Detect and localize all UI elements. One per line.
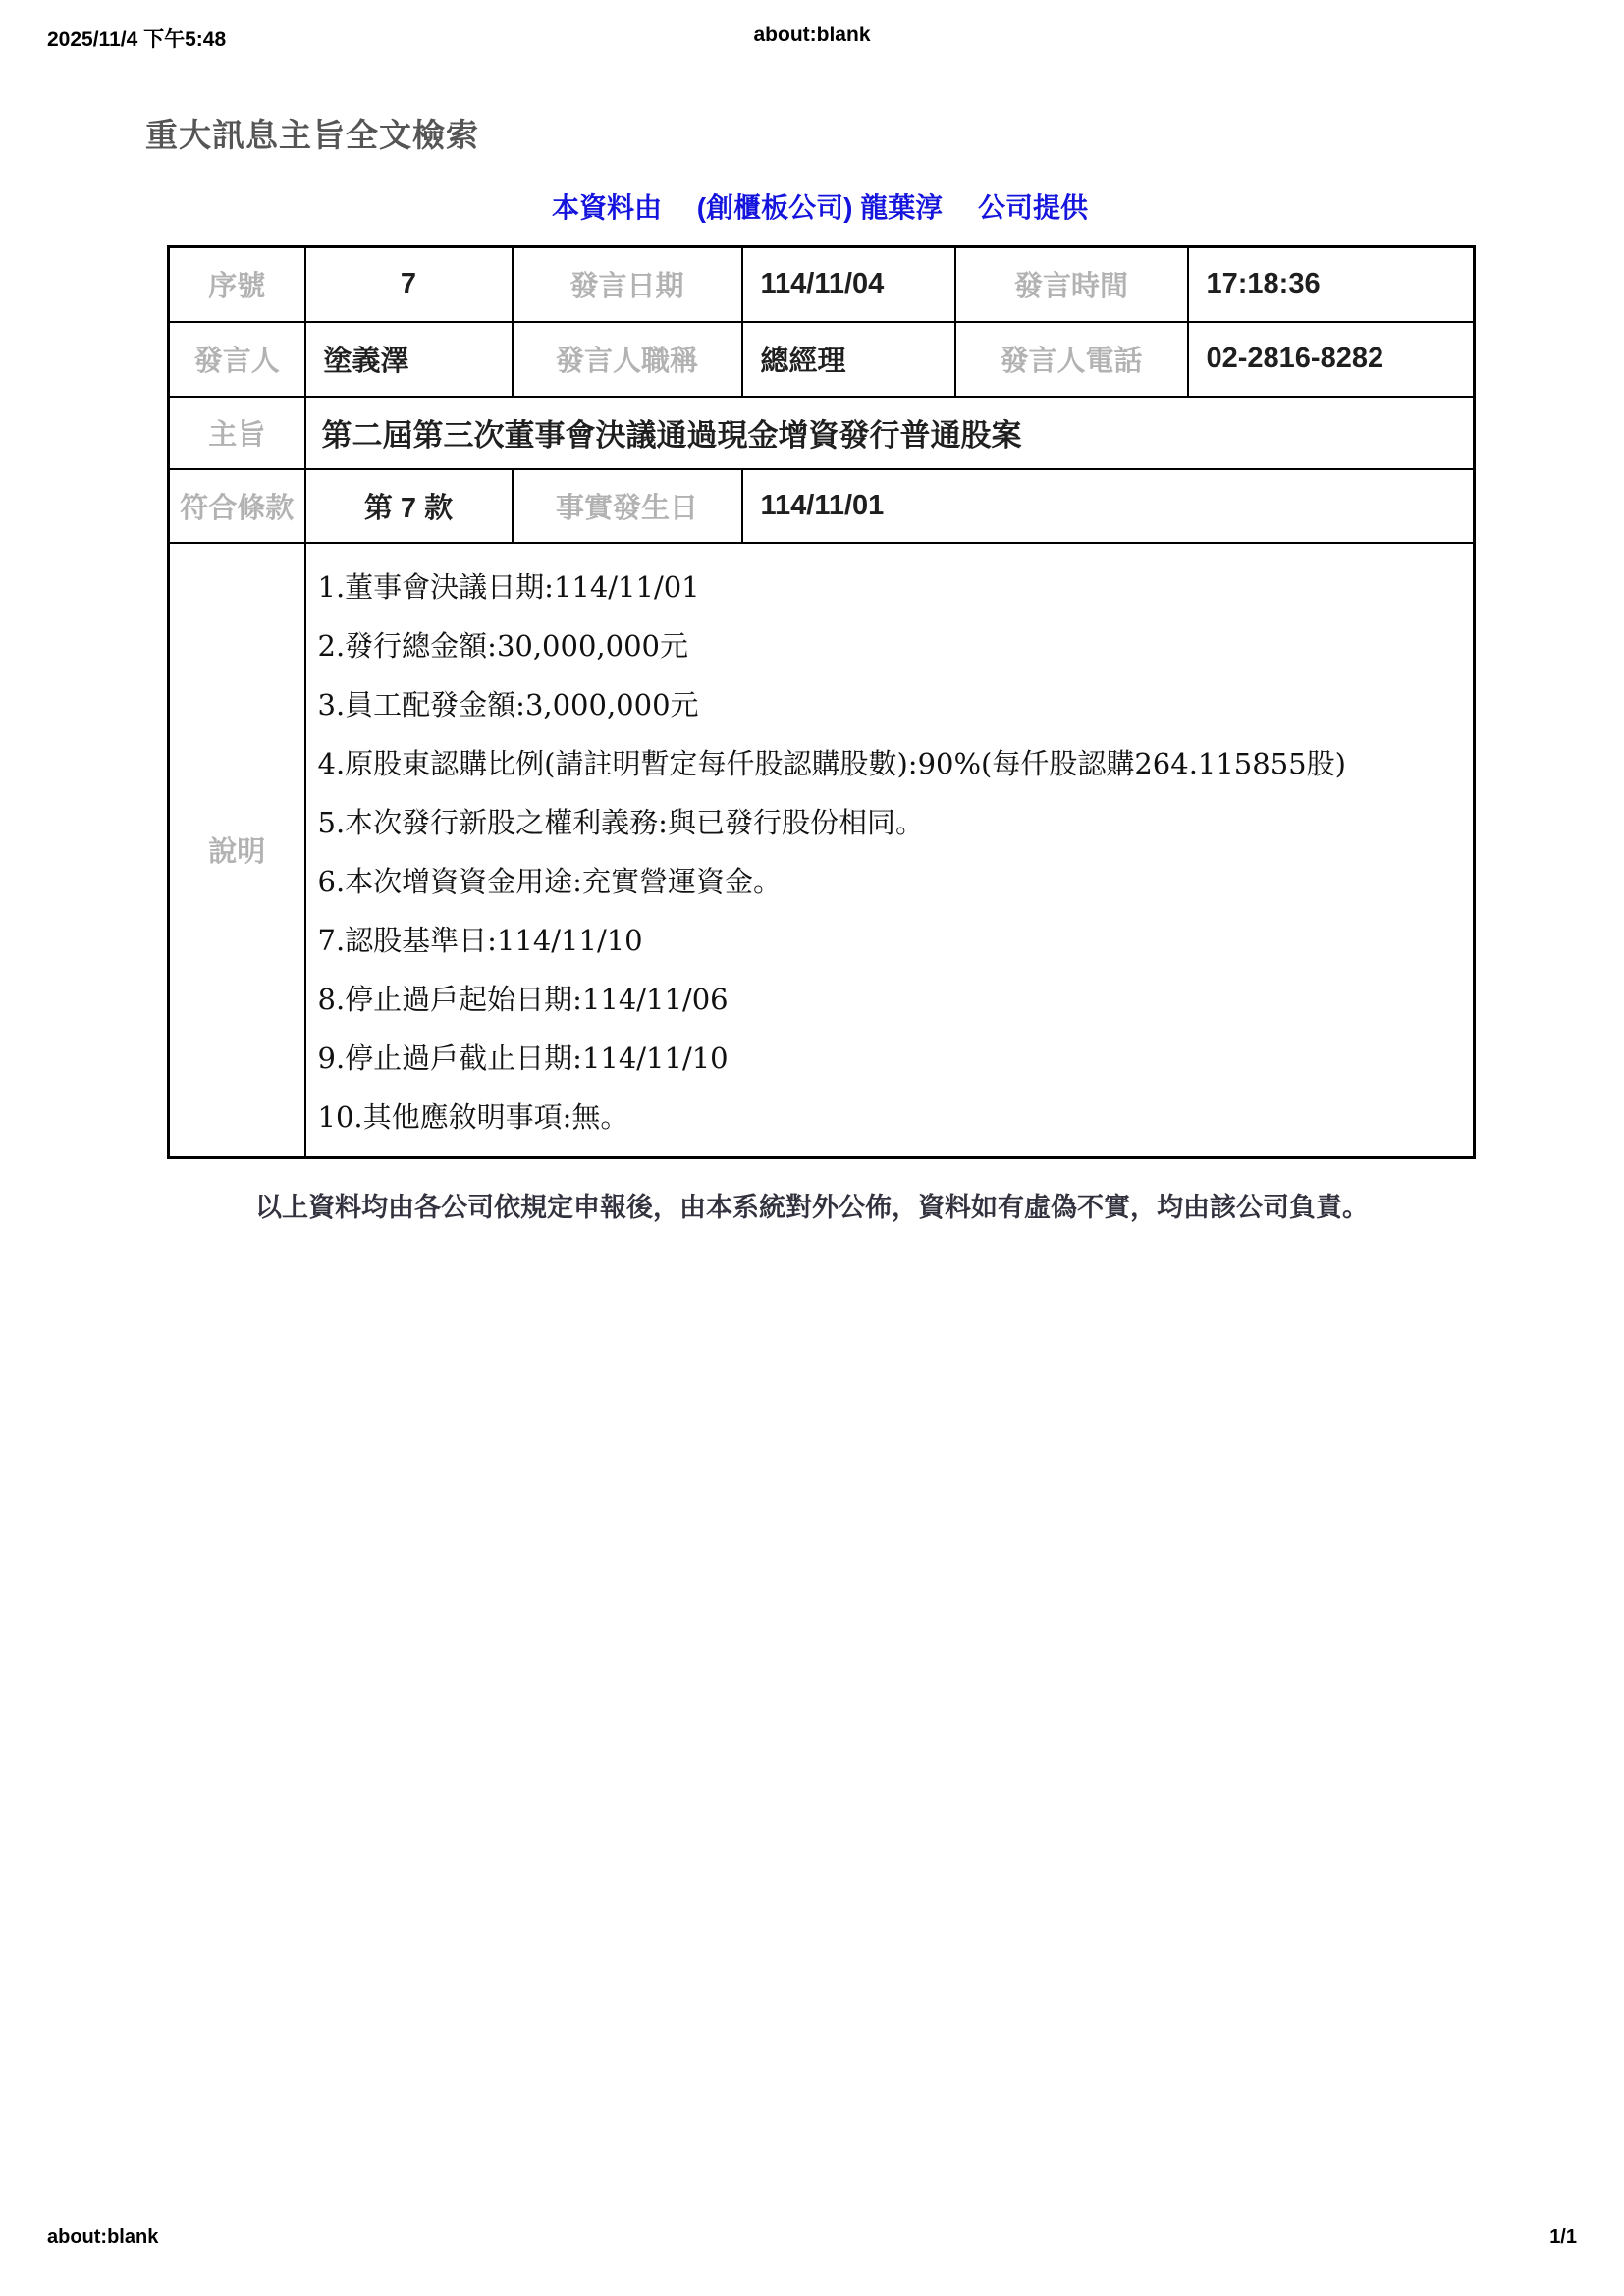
description-line: 8.停止過戶起始日期:114/11/06 [318,970,1464,1029]
speaker-title-label: 發言人職稱 [513,322,742,397]
table-row-seq: 序號 7 發言日期 114/11/04 發言時間 17:18:36 [169,247,1475,322]
description-line: 1.董事會決議日期:114/11/01 [318,558,1464,616]
description-content: 1.董事會決議日期:114/11/01 2.發行總金額:30,000,000元 … [305,543,1475,1158]
description-line: 2.發行總金額:30,000,000元 [318,616,1464,675]
fact-date-label: 事實發生日 [513,469,742,543]
page-title: 重大訊息主旨全文檢索 [145,110,479,156]
seq-label: 序號 [169,247,305,322]
table-row-subject: 主旨 第二屆第三次董事會決議通過現金增資發行普通股案 [169,397,1475,469]
table-row-clause: 符合條款 第 7 款 事實發生日 114/11/01 [169,469,1475,543]
speaker-phone-label: 發言人電話 [955,322,1188,397]
description-line: 3.員工配發金額:3,000,000元 [318,675,1464,734]
provider-line: 本資料由 (創櫃板公司) 龍葉淳 公司提供 [167,187,1473,226]
print-footer: about:blank 1/1 [47,2226,1577,2254]
print-header: 2025/11/4 下午5:48 about:blank [47,24,1577,51]
fact-date-value: 114/11/01 [742,469,1475,543]
speaker-title-value: 總經理 [742,322,955,397]
description-line: 6.本次增資資金用途:充實營運資金。 [318,852,1464,911]
clause-value: 第 7 款 [305,469,513,543]
table-row-speaker: 發言人 塗義澤 發言人職稱 總經理 發言人電話 02-2816-8282 [169,322,1475,397]
speak-date-value: 114/11/04 [742,247,955,322]
speak-time-value: 17:18:36 [1188,247,1475,322]
disclaimer-text: 以上資料均由各公司依規定申報後，由本系統對外公佈，資料如有虛偽不實，均由該公司負… [0,1186,1624,1224]
description-line: 10.其他應敘明事項:無。 [318,1088,1464,1147]
print-header-title: about:blank [47,24,1577,47]
table-row-description: 說明 1.董事會決議日期:114/11/01 2.發行總金額:30,000,00… [169,543,1475,1158]
description-line: 5.本次發行新股之權利義務:與已發行股份相同。 [318,793,1464,852]
speaker-value: 塗義澤 [305,322,513,397]
description-line: 4.原股東認購比例(請註明暫定每仟股認購股數):90%(每仟股認購264.115… [318,734,1464,793]
speaker-phone-value: 02-2816-8282 [1188,322,1475,397]
clause-label: 符合條款 [169,469,305,543]
description-label: 說明 [169,543,305,1158]
subject-value: 第二屆第三次董事會決議通過現金增資發行普通股案 [305,397,1475,469]
speak-time-label: 發言時間 [955,247,1188,322]
announcement-table: 序號 7 發言日期 114/11/04 發言時間 17:18:36 發言人 塗義… [167,245,1476,1159]
seq-value: 7 [305,247,513,322]
speak-date-label: 發言日期 [513,247,742,322]
print-footer-page-number: 1/1 [1549,2226,1577,2249]
description-line: 9.停止過戶截止日期:114/11/10 [318,1029,1464,1088]
print-footer-url: about:blank [47,2226,158,2249]
speaker-label: 發言人 [169,322,305,397]
subject-label: 主旨 [169,397,305,469]
description-line: 7.認股基準日:114/11/10 [318,911,1464,970]
